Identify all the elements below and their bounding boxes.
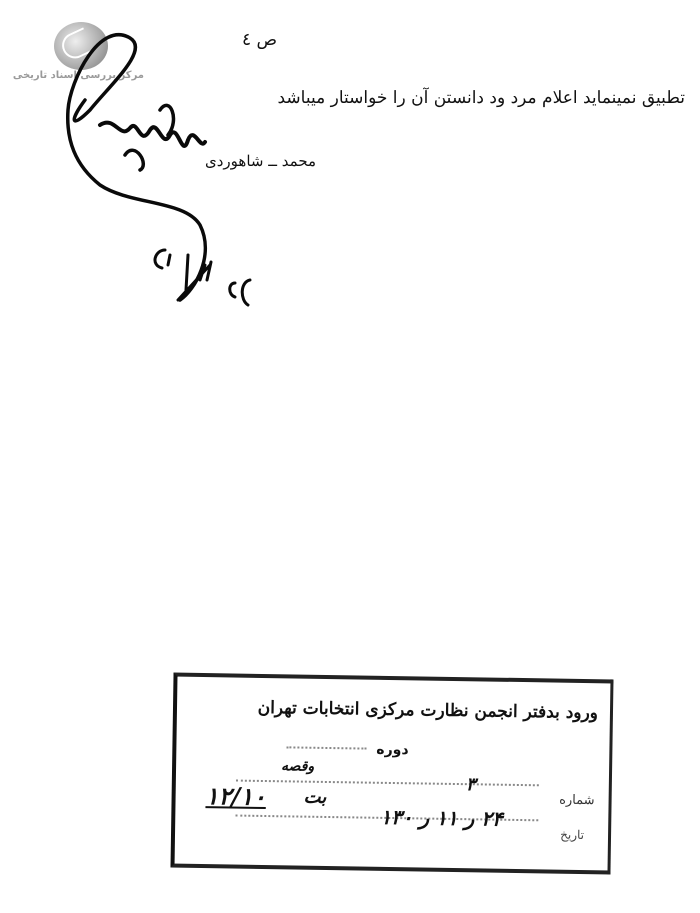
period-dotted-line bbox=[286, 746, 366, 749]
handwritten-reference-note: وقصه bbox=[281, 758, 314, 775]
handwritten-date: ۲۴ ر ۱۱ ر ۱۳۰ bbox=[380, 805, 503, 831]
stamp-number-label: شماره bbox=[559, 793, 595, 809]
signature-scrawl bbox=[100, 123, 205, 146]
annotation-marks bbox=[155, 250, 250, 305]
stamp-title: ورود بدفتر انجمن نظارت مرکزی انتخابات ته… bbox=[258, 698, 599, 723]
handwritten-number: ۳ bbox=[466, 774, 476, 795]
stamp-date-label: تاریخ bbox=[560, 828, 584, 842]
number-dotted-line bbox=[236, 780, 539, 787]
registry-stamp: ورود بدفتر انجمن نظارت مرکزی انتخابات ته… bbox=[170, 673, 613, 875]
handwritten-reference: ۱۲/۱۰ bbox=[205, 781, 266, 811]
stamp-period-label: دوره bbox=[376, 742, 408, 759]
handwritten-side-note: بت bbox=[303, 787, 326, 808]
signature-flourish bbox=[68, 35, 206, 300]
